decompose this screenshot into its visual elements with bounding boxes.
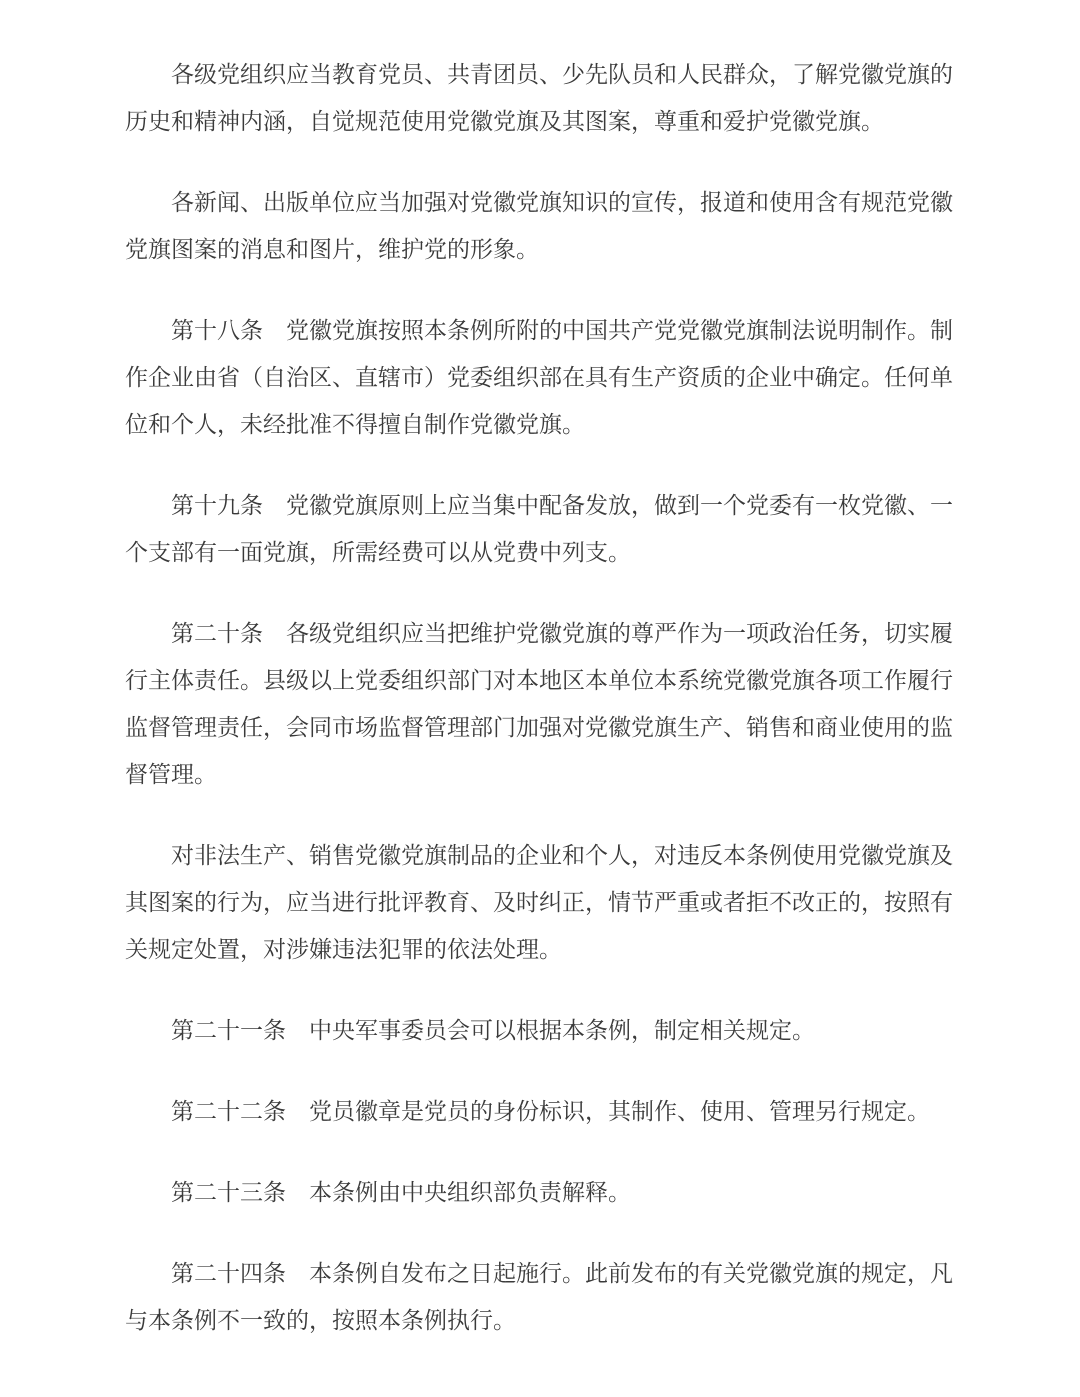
document-content: 各级党组织应当教育党员、共青团员、少先队员和人民群众，了解党徽党旗的历史和精神内… [0, 0, 1080, 1344]
article-paragraph: 第十九条党徽党旗原则上应当集中配备发放，做到一个党委有一枚党徽、一个支部有一面党… [125, 482, 953, 576]
article-number: 第二十四条 [171, 1260, 286, 1286]
article-number: 第二十三条 [171, 1179, 286, 1205]
article-paragraph: 第二十三条本条例由中央组织部负责解释。 [125, 1169, 953, 1216]
article-number: 第二十二条 [171, 1098, 286, 1124]
article-text: 党员徽章是党员的身份标识，其制作、使用、管理另行规定。 [309, 1098, 930, 1124]
article-number: 第十九条 [171, 492, 263, 518]
article-number: 第二十条 [171, 620, 263, 646]
article-paragraph: 第二十二条党员徽章是党员的身份标识，其制作、使用、管理另行规定。 [125, 1088, 953, 1135]
article-paragraph: 对非法生产、销售党徽党旗制品的企业和个人，对违反本条例使用党徽党旗及其图案的行为… [125, 832, 953, 973]
document-page: 各级党组织应当教育党员、共青团员、少先队员和人民群众，了解党徽党旗的历史和精神内… [0, 0, 1080, 1397]
article-text: 本条例由中央组织部负责解释。 [309, 1179, 631, 1205]
article-paragraph: 第十八条党徽党旗按照本条例所附的中国共产党党徽党旗制法说明制作。制作企业由省（自… [125, 307, 953, 448]
article-text: 对非法生产、销售党徽党旗制品的企业和个人，对违反本条例使用党徽党旗及其图案的行为… [125, 842, 953, 962]
article-paragraph: 第二十四条本条例自发布之日起施行。此前发布的有关党徽党旗的规定，凡与本条例不一致… [125, 1250, 953, 1344]
article-text: 各级党组织应当教育党员、共青团员、少先队员和人民群众，了解党徽党旗的历史和精神内… [125, 61, 953, 134]
article-text: 中央军事委员会可以根据本条例，制定相关规定。 [309, 1017, 815, 1043]
article-paragraph: 第二十条各级党组织应当把维护党徽党旗的尊严作为一项政治任务，切实履行主体责任。县… [125, 610, 953, 798]
article-paragraph: 各新闻、出版单位应当加强对党徽党旗知识的宣传，报道和使用含有规范党徽党旗图案的消… [125, 179, 953, 273]
article-text: 各新闻、出版单位应当加强对党徽党旗知识的宣传，报道和使用含有规范党徽党旗图案的消… [125, 189, 953, 262]
article-number: 第二十一条 [171, 1017, 286, 1043]
article-paragraph: 第二十一条中央军事委员会可以根据本条例，制定相关规定。 [125, 1007, 953, 1054]
article-number: 第十八条 [171, 317, 263, 343]
article-paragraph: 各级党组织应当教育党员、共青团员、少先队员和人民群众，了解党徽党旗的历史和精神内… [125, 51, 953, 145]
